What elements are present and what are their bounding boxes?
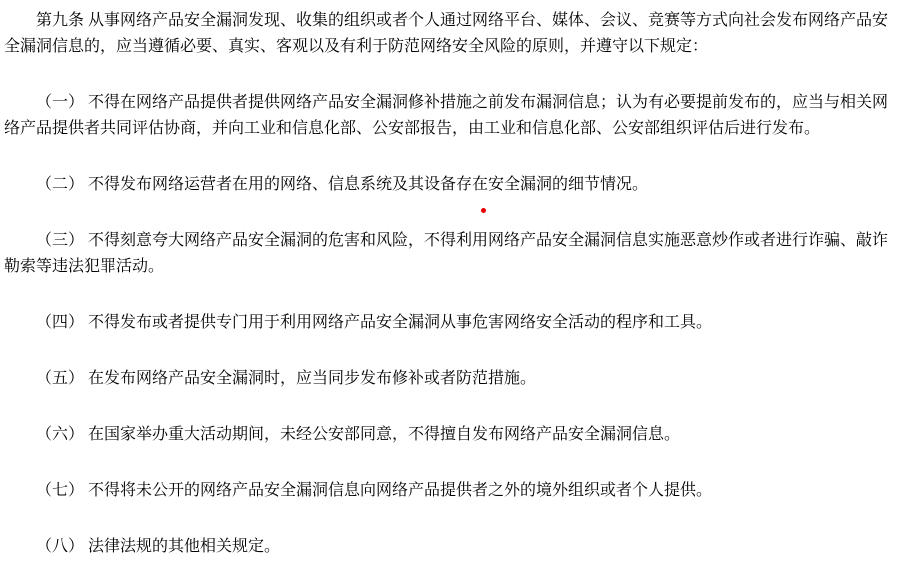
clause-text: 在发布网络产品安全漏洞时，应当同步发布修补或者防范措施。 (88, 370, 536, 387)
clause-item-4: （四） 不得发布或者提供专门用于利用网络产品安全漏洞从事危害网络安全活动的程序和… (4, 310, 897, 336)
clause-number: （五） (36, 370, 84, 387)
article-number-label: 第九条 (36, 12, 84, 29)
clause-number: （八） (36, 538, 84, 555)
clause-number: （一） (36, 94, 84, 111)
clause-item-3: （三） 不得刻意夸大网络产品安全漏洞的危害和风险，不得利用网络产品安全漏洞信息实… (4, 228, 897, 280)
clause-item-5: （五） 在发布网络产品安全漏洞时，应当同步发布修补或者防范措施。 (4, 366, 897, 392)
clause-number: （二） (36, 176, 84, 193)
clause-text: 不得将未公开的网络产品安全漏洞信息向网络产品提供者之外的境外组织或者个人提供。 (88, 482, 712, 499)
clause-text: 不得发布网络运营者在用的网络、信息系统及其设备存在安全漏洞的细节情况。 (88, 176, 648, 193)
clause-text: 不得在网络产品提供者提供网络产品安全漏洞修补措施之前发布漏洞信息；认为有必要提前… (4, 94, 888, 137)
clause-number: （七） (36, 482, 84, 499)
clause-item-7: （七） 不得将未公开的网络产品安全漏洞信息向网络产品提供者之外的境外组织或者个人… (4, 478, 897, 504)
clause-text: 在国家举办重大活动期间，未经公安部同意，不得擅自发布网络产品安全漏洞信息。 (88, 426, 680, 443)
red-dot-annotation (481, 208, 486, 213)
clause-item-6: （六） 在国家举办重大活动期间，未经公安部同意，不得擅自发布网络产品安全漏洞信息… (4, 422, 897, 448)
clause-item-8: （八） 法律法规的其他相关规定。 (4, 534, 897, 560)
document-page: 第九条 从事网络产品安全漏洞发现、收集的组织或者个人通过网络平台、媒体、会议、竞… (0, 0, 912, 569)
article-intro-paragraph: 第九条 从事网络产品安全漏洞发现、收集的组织或者个人通过网络平台、媒体、会议、竞… (4, 8, 897, 60)
clause-number: （三） (36, 232, 84, 249)
clause-text: 法律法规的其他相关规定。 (88, 538, 280, 555)
clause-text: 不得刻意夸大网络产品安全漏洞的危害和风险，不得利用网络产品安全漏洞信息实施恶意炒… (4, 232, 888, 275)
article-intro-text: 从事网络产品安全漏洞发现、收集的组织或者个人通过网络平台、媒体、会议、竞赛等方式… (4, 12, 888, 55)
clause-number: （六） (36, 426, 84, 443)
clause-number: （四） (36, 314, 84, 331)
clause-item-1: （一） 不得在网络产品提供者提供网络产品安全漏洞修补措施之前发布漏洞信息；认为有… (4, 90, 897, 142)
clause-text: 不得发布或者提供专门用于利用网络产品安全漏洞从事危害网络安全活动的程序和工具。 (88, 314, 712, 331)
clause-item-2: （二） 不得发布网络运营者在用的网络、信息系统及其设备存在安全漏洞的细节情况。 (4, 172, 897, 198)
